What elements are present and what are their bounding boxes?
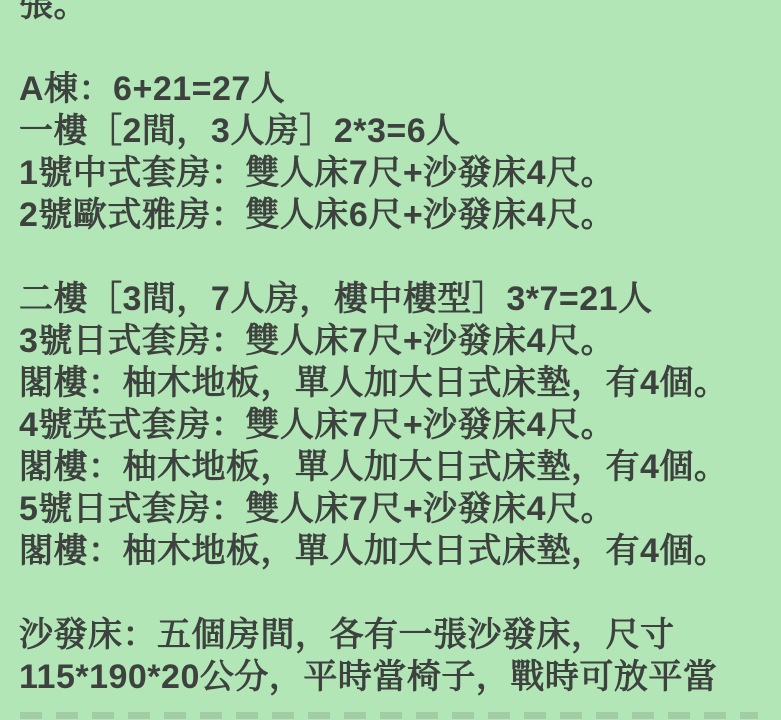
text-line: 張。 (19, 0, 777, 26)
text-line: 1號中式套房：雙人床7尺+沙發床4尺。 (19, 152, 777, 194)
text-line: 4號英式套房：雙人床7尺+沙發床4尺。 (19, 404, 777, 446)
text-line: 115*190*20公分，平時當椅子，戰時可放平當 (19, 656, 777, 698)
text-line: A棟：6+21=27人 (19, 68, 777, 110)
text-line: 沙發床：五個房間，各有一張沙發床，尺寸 (19, 614, 777, 656)
blank-line (19, 236, 777, 278)
text-line: 2號歐式雅房：雙人床6尺+沙發床4尺。 (19, 194, 777, 236)
text-line: 5號日式套房：雙人床7尺+沙發床4尺。 (19, 488, 777, 530)
note-page: 張。A棟：6+21=27人一樓［2間，3人房］2*3=6人1號中式套房：雙人床7… (0, 0, 781, 720)
blank-line (19, 572, 777, 614)
blank-line (19, 26, 777, 68)
text-line: 一樓［2間，3人房］2*3=6人 (19, 110, 777, 152)
clipped-next-line (20, 712, 758, 719)
text-line: 二樓［3間，7人房，樓中樓型］3*7=21人 (19, 278, 777, 320)
text-line: 閣樓：柚木地板，單人加大日式床墊，有4個。 (19, 362, 777, 404)
text-line: 閣樓：柚木地板，單人加大日式床墊，有4個。 (19, 530, 777, 572)
text-line: 閣樓：柚木地板，單人加大日式床墊，有4個。 (19, 446, 777, 488)
text-block: 張。A棟：6+21=27人一樓［2間，3人房］2*3=6人1號中式套房：雙人床7… (19, 0, 777, 698)
text-line: 3號日式套房：雙人床7尺+沙發床4尺。 (19, 320, 777, 362)
